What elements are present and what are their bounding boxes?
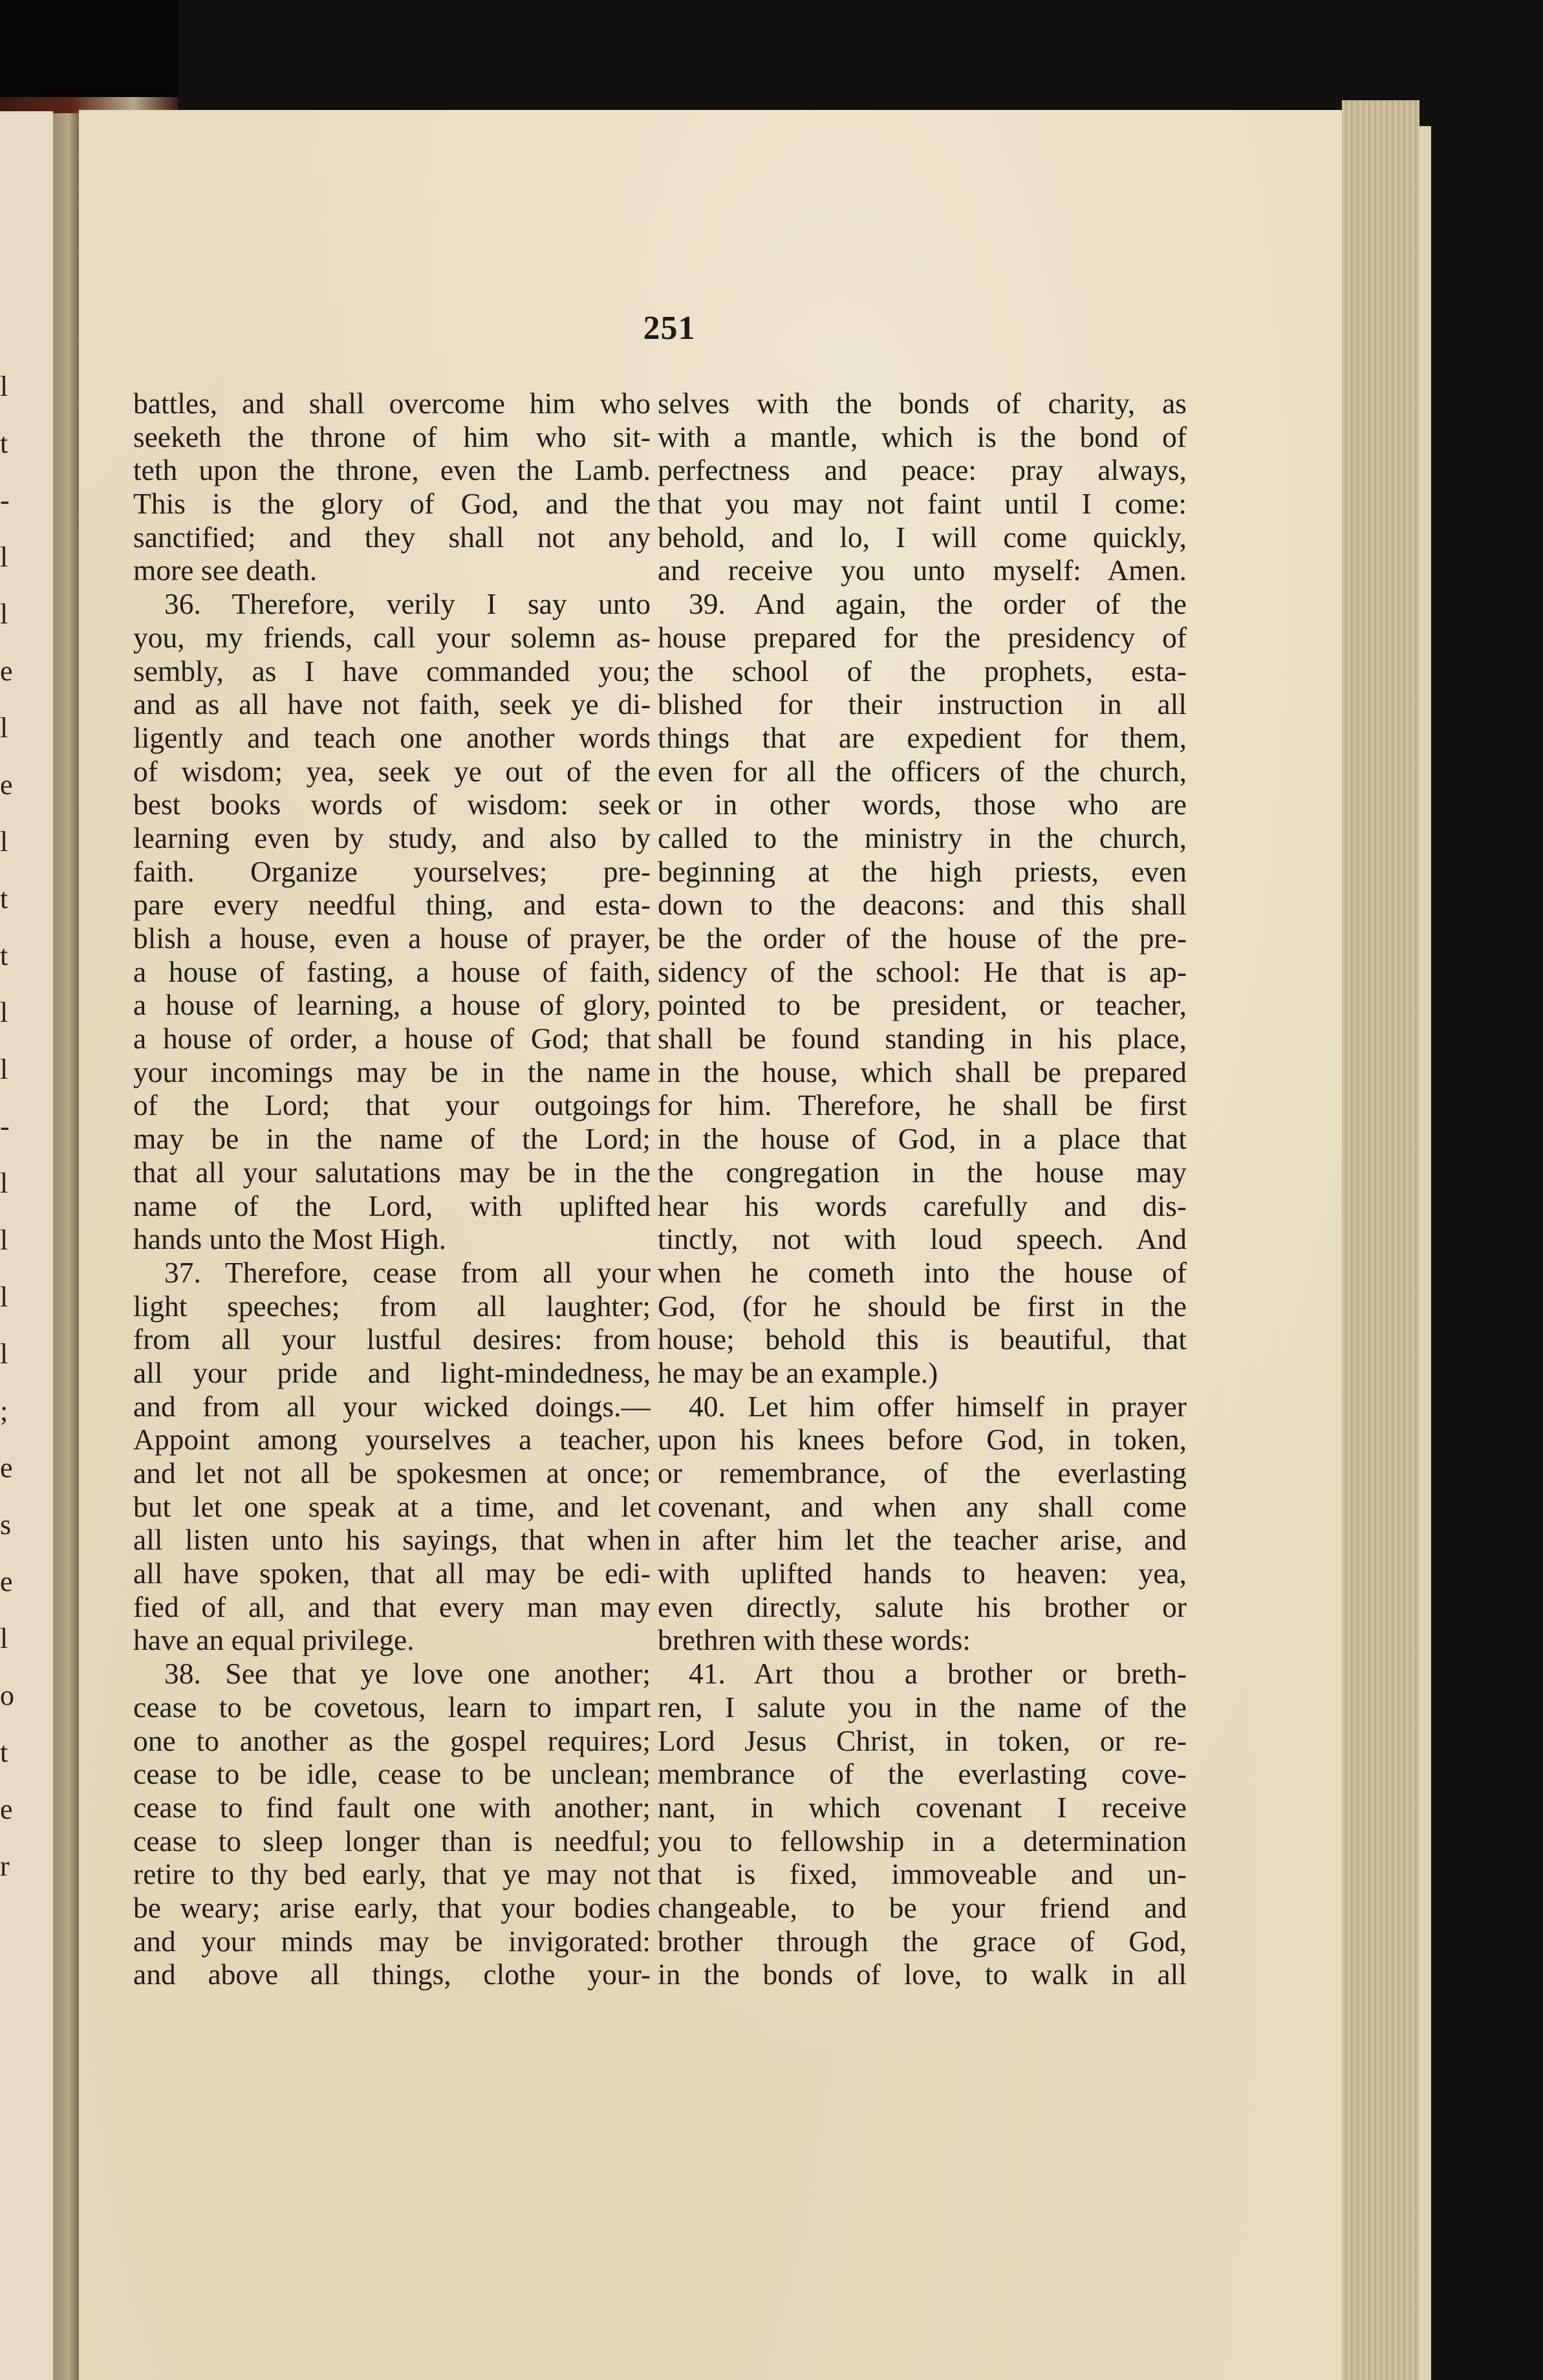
- margin-glyph: e: [0, 654, 19, 711]
- text-line: in the bonds of love, to walk in all: [658, 1958, 1187, 1991]
- margin-glyph: t: [0, 882, 19, 939]
- text-line: retire to thy bed early, that ye may not: [133, 1857, 651, 1891]
- text-line: be weary; arise early, that your bodies: [133, 1891, 651, 1925]
- verse-start-line: 38. See that ye love one another;: [133, 1657, 651, 1691]
- margin-glyph: l: [0, 1167, 19, 1224]
- text-line: you, my friends, call your solemn as-: [133, 621, 651, 654]
- text-line: This is the glory of God, and the: [133, 487, 651, 521]
- text-line: teth upon the throne, even the Lamb.: [133, 453, 651, 487]
- left-text-column: battles, and shall overcome him whoseeke…: [133, 387, 651, 1991]
- text-line: pare every needful thing, and esta-: [133, 888, 651, 922]
- margin-glyph: e: [0, 1793, 19, 1850]
- text-line: sembly, as I have commanded you;: [133, 654, 651, 688]
- text-line: sanctified; and they shall not any: [133, 521, 651, 554]
- background-cover: [0, 0, 178, 107]
- text-line: the congregation in the house may: [658, 1156, 1187, 1189]
- text-line: down to the deacons: and this shall: [658, 888, 1187, 922]
- text-line: of wisdom; yea, seek ye out of the: [133, 755, 651, 788]
- text-line: nant, in which covenant I receive: [658, 1791, 1187, 1824]
- text-line: sidency of the school: He that is ap-: [658, 955, 1187, 989]
- text-line: ren, I salute you in the name of the: [658, 1691, 1187, 1724]
- verse-start-line: 37. Therefore, cease from all your: [133, 1256, 651, 1290]
- text-line: one to another as the gospel requires;: [133, 1724, 651, 1758]
- text-line: for him. Therefore, he shall be first: [658, 1088, 1187, 1122]
- text-line: and receive you unto myself: Amen.: [658, 554, 1187, 587]
- text-line: membrance of the everlasting cove-: [658, 1757, 1187, 1791]
- text-line: selves with the bonds of charity, as: [658, 387, 1187, 420]
- margin-glyph: l: [0, 996, 19, 1053]
- margin-glyph: o: [0, 1679, 19, 1736]
- margin-glyph: l: [0, 1224, 19, 1281]
- text-line: Lord Jesus Christ, in token, or re-: [658, 1724, 1187, 1758]
- text-line: cease to be idle, cease to be unclean;: [133, 1757, 651, 1791]
- margin-glyph: -: [0, 484, 19, 541]
- text-line: in after him let the teacher arise, and: [658, 1523, 1187, 1557]
- margin-glyph: l: [0, 541, 19, 598]
- text-line: light speeches; from all laughter;: [133, 1290, 651, 1323]
- text-line: tinctly, not with loud speech. And: [658, 1222, 1187, 1256]
- right-text-column: selves with the bonds of charity, aswith…: [658, 387, 1187, 1991]
- text-line: perfectness and peace: pray always,: [658, 453, 1187, 487]
- margin-glyph: l: [0, 1337, 19, 1394]
- text-line: blished for their instruction in all: [658, 687, 1187, 721]
- text-line: you to fellowship in a determination: [658, 1824, 1187, 1858]
- text-line: name of the Lord, with uplifted: [133, 1189, 651, 1223]
- text-line: battles, and shall overcome him who: [133, 387, 651, 420]
- margin-glyph: l: [0, 711, 19, 768]
- verse-start-line: 40. Let him offer himself in prayer: [658, 1390, 1187, 1423]
- margin-glyph: l: [0, 370, 19, 427]
- page-stack-edges: [1342, 100, 1419, 2380]
- text-line: more see death.: [133, 554, 651, 587]
- margin-glyph: t: [0, 939, 19, 996]
- text-line: hands unto the Most High.: [133, 1222, 651, 1256]
- text-line: all have spoken, that all may be edi-: [133, 1557, 651, 1590]
- text-line: in the house of God, in a place that: [658, 1122, 1187, 1156]
- text-line: house; behold this is beautiful, that: [658, 1323, 1187, 1356]
- text-line: the school of the prophets, esta-: [658, 654, 1187, 688]
- text-line: when he cometh into the house of: [658, 1256, 1187, 1290]
- text-line: he may be an example.): [658, 1356, 1187, 1390]
- text-line: Appoint among yourselves a teacher,: [133, 1423, 651, 1456]
- text-line: from all your lustful desires: from: [133, 1323, 651, 1356]
- text-line: a house of fasting, a house of faith,: [133, 955, 651, 989]
- margin-glyph: ;: [0, 1394, 19, 1451]
- margin-glyph: e: [0, 1451, 19, 1508]
- text-line: or remembrance, of the everlasting: [658, 1456, 1187, 1490]
- text-line: and as all have not faith, seek ye di-: [133, 687, 651, 721]
- text-line: and let not all be spokesmen at once;: [133, 1456, 651, 1490]
- verse-start-line: 36. Therefore, verily I say unto: [133, 587, 651, 621]
- text-line: hear his words carefully and dis-: [658, 1189, 1187, 1223]
- margin-glyph: l: [0, 598, 19, 654]
- text-line: and above all things, clothe your-: [133, 1958, 651, 1991]
- text-line: blish a house, even a house of prayer,: [133, 922, 651, 955]
- text-line: all listen unto his sayings, that when: [133, 1523, 651, 1557]
- text-line: brother through the grace of God,: [658, 1925, 1187, 1958]
- text-line: cease to be covetous, learn to impart: [133, 1691, 651, 1724]
- text-line: your incomings may be in the name: [133, 1055, 651, 1089]
- margin-glyph: t: [0, 427, 19, 484]
- text-line: shall be found standing in his place,: [658, 1022, 1187, 1055]
- text-line: may be in the name of the Lord;: [133, 1122, 651, 1156]
- text-line: cease to sleep longer than is needful;: [133, 1824, 651, 1858]
- text-line: God, (for he should be first in the: [658, 1290, 1187, 1323]
- page-number: 251: [631, 309, 708, 347]
- margin-glyph: l: [0, 1281, 19, 1337]
- margin-glyph: -: [0, 1110, 19, 1167]
- margin-glyph: r: [0, 1850, 19, 1907]
- previous-page-margin-text: lt-llelelttll-llll;eseloter: [0, 370, 19, 2310]
- page-stack-outer-edge: [1419, 126, 1431, 2380]
- book-gutter-shadow: [53, 113, 79, 2380]
- text-line: a house of learning, a house of glory,: [133, 988, 651, 1022]
- margin-glyph: s: [0, 1508, 19, 1565]
- text-line: but let one speak at a time, and let: [133, 1490, 651, 1524]
- text-line: things that are expedient for them,: [658, 721, 1187, 755]
- text-line: that is fixed, immoveable and un-: [658, 1857, 1187, 1891]
- margin-glyph: e: [0, 1565, 19, 1622]
- text-line: cease to find fault one with another;: [133, 1791, 651, 1824]
- text-line: of the Lord; that your outgoings: [133, 1088, 651, 1122]
- text-line: that you may not faint until I come:: [658, 487, 1187, 521]
- text-line: covenant, and when any shall come: [658, 1490, 1187, 1524]
- text-line: all your pride and light-mindedness,: [133, 1356, 651, 1390]
- margin-glyph: l: [0, 825, 19, 882]
- text-line: with uplifted hands to heaven: yea,: [658, 1557, 1187, 1590]
- text-line: even for all the officers of the church,: [658, 755, 1187, 788]
- text-line: a house of order, a house of God; that: [133, 1022, 651, 1055]
- verse-start-line: 41. Art thou a brother or breth-: [658, 1657, 1187, 1691]
- text-line: faith. Organize yourselves; pre-: [133, 855, 651, 889]
- text-line: with a mantle, which is the bond of: [658, 420, 1187, 454]
- previous-page-edge: lt-llelelttll-llll;eseloter: [0, 111, 53, 2380]
- text-line: ligently and teach one another words: [133, 721, 651, 755]
- text-line: in the house, which shall be prepared: [658, 1055, 1187, 1089]
- text-line: have an equal privilege.: [133, 1623, 651, 1657]
- text-line: learning even by study, and also by: [133, 821, 651, 855]
- margin-glyph: t: [0, 1736, 19, 1793]
- text-line: beginning at the high priests, even: [658, 855, 1187, 889]
- text-line: fied of all, and that every man may: [133, 1590, 651, 1624]
- text-line: or in other words, those who are: [658, 788, 1187, 821]
- text-line: changeable, to be your friend and: [658, 1891, 1187, 1925]
- text-line: brethren with these words:: [658, 1623, 1187, 1657]
- text-line: and from all your wicked doings.—: [133, 1390, 651, 1423]
- text-line: called to the ministry in the church,: [658, 821, 1187, 855]
- text-line: even directly, salute his brother or: [658, 1590, 1187, 1624]
- text-line: be the order of the house of the pre-: [658, 922, 1187, 955]
- text-line: best books words of wisdom: seek: [133, 788, 651, 821]
- verse-start-line: 39. And again, the order of the: [658, 587, 1187, 621]
- margin-glyph: l: [0, 1053, 19, 1110]
- text-line: house prepared for the presidency of: [658, 621, 1187, 654]
- text-line: that all your salutations may be in the: [133, 1156, 651, 1189]
- text-line: upon his knees before God, in token,: [658, 1423, 1187, 1456]
- margin-glyph: l: [0, 1622, 19, 1679]
- margin-glyph: e: [0, 768, 19, 825]
- text-line: seeketh the throne of him who sit-: [133, 420, 651, 454]
- text-line: and your minds may be invigorated:: [133, 1925, 651, 1958]
- text-line: pointed to be president, or teacher,: [658, 988, 1187, 1022]
- text-line: behold, and lo, I will come quickly,: [658, 521, 1187, 554]
